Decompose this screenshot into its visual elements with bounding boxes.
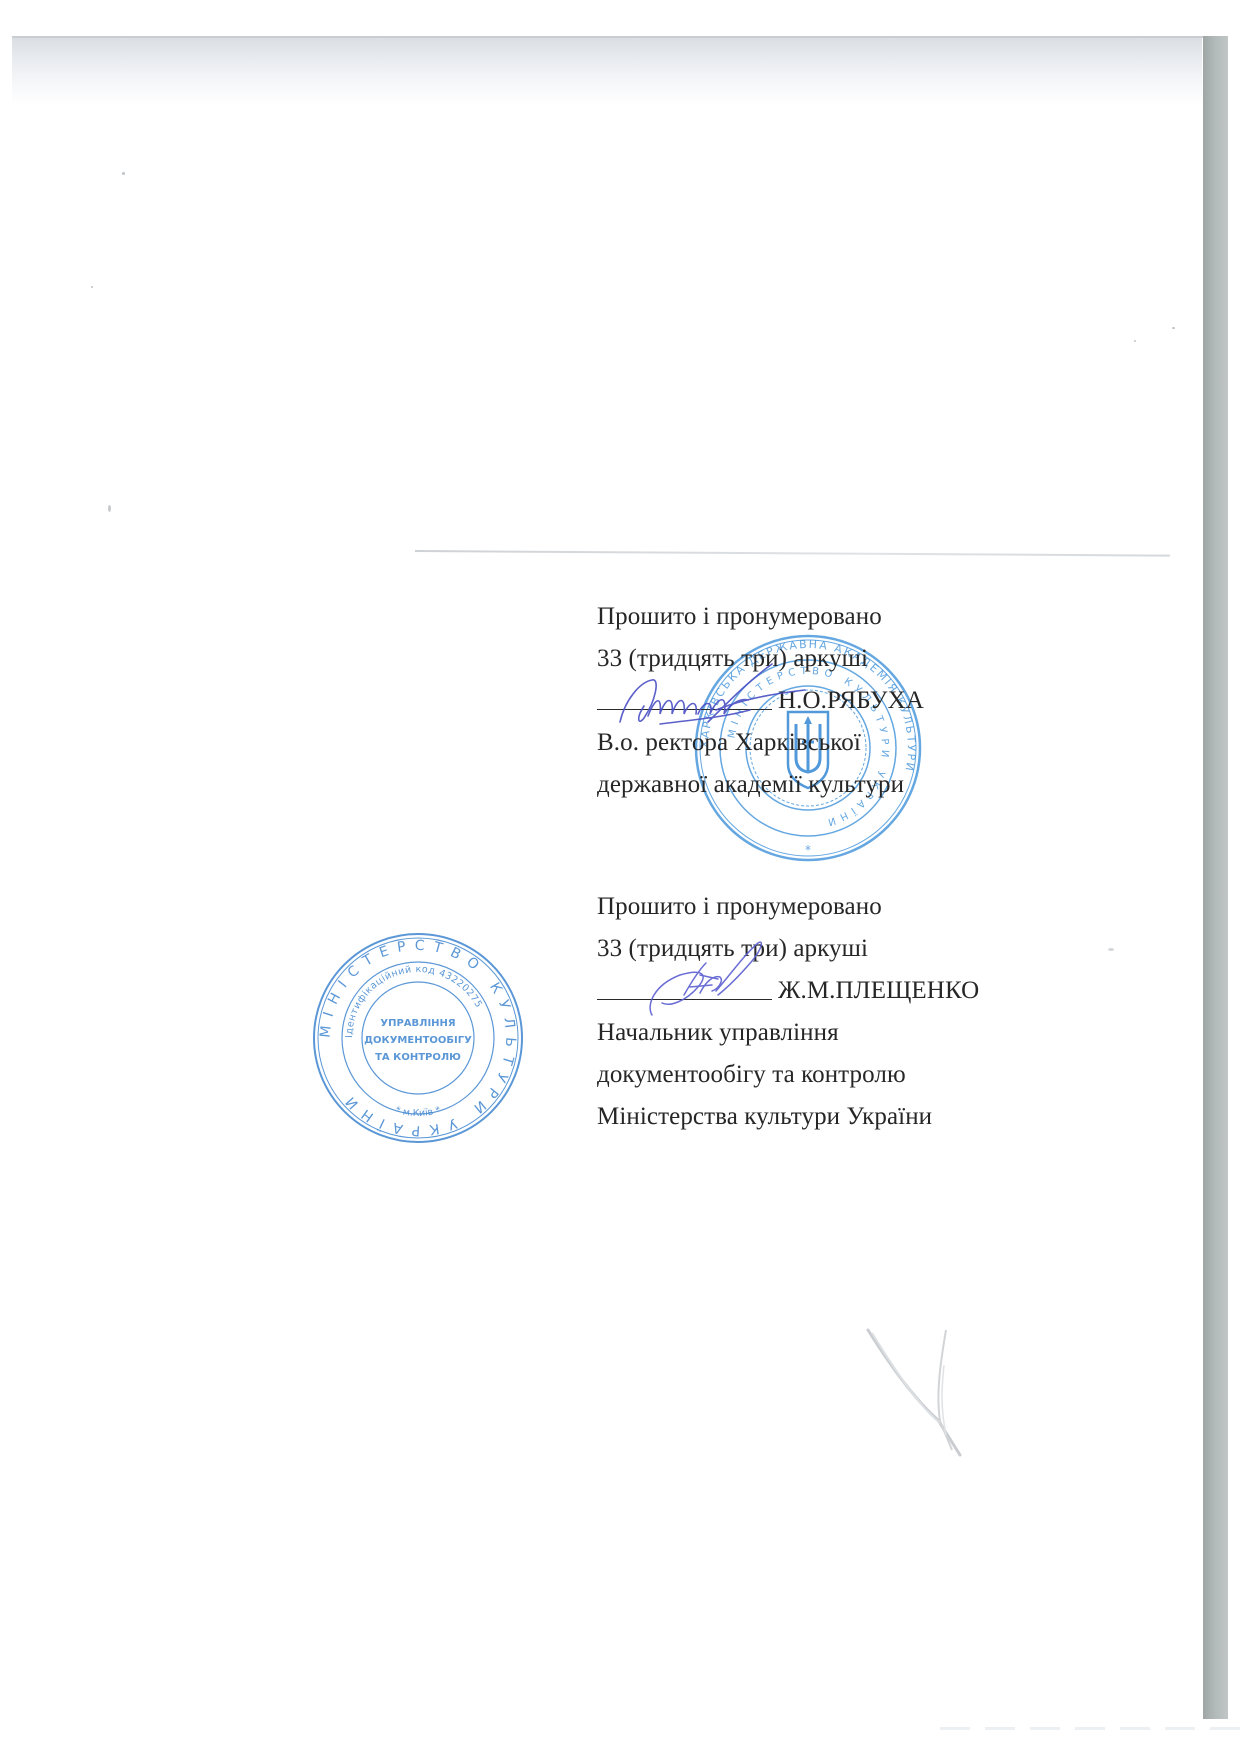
scan-top-shadow bbox=[12, 36, 1202, 106]
dust-speck bbox=[91, 286, 93, 288]
ministry-stamp-line-3: ТА КОНТРОЛЮ bbox=[375, 1052, 461, 1063]
signatory-position-2: державної академії культури bbox=[597, 764, 1057, 806]
dust-speck bbox=[1172, 327, 1175, 329]
dust-speck bbox=[122, 172, 125, 175]
stitched-numbered-label: Прошито і пронумеровано bbox=[597, 596, 1057, 638]
ministry-stamp-line-2: ДОКУМЕНТООБІГУ bbox=[364, 1035, 472, 1046]
ministry-stamp-city: * м.Київ * bbox=[394, 1105, 442, 1119]
dust-speck bbox=[1108, 948, 1114, 951]
ministry-round-stamp: МІНІСТЕРСТВО КУЛЬТУРИ УКРАЇНИ Ідентифіка… bbox=[310, 930, 526, 1146]
handwritten-signature-ryabukha bbox=[600, 660, 810, 740]
academy-stamp-star: * bbox=[805, 843, 811, 857]
stitched-numbered-label: Прошито і пронумеровано bbox=[597, 886, 1057, 928]
dust-speck bbox=[108, 505, 111, 512]
dust-speck bbox=[1134, 340, 1136, 342]
signatory-name: Ж.М.ПЛЕЩЕНКО bbox=[778, 970, 979, 1012]
scan-right-edge-strip bbox=[1203, 36, 1228, 1719]
sticker-edge-line bbox=[415, 550, 1170, 557]
scan-bottom-edge bbox=[940, 1727, 1240, 1730]
signatory-position-2: документообігу та контролю bbox=[597, 1054, 1057, 1096]
ministry-stamp-line-1: УПРАВЛІННЯ bbox=[380, 1018, 455, 1029]
svg-text:* м.Київ *: * м.Київ * bbox=[394, 1105, 442, 1119]
binding-thread bbox=[860, 1325, 970, 1465]
scan-top-edge bbox=[12, 36, 1227, 38]
signatory-position-3: Міністерства культури України bbox=[597, 1096, 1057, 1138]
handwritten-signature-pleshchenko bbox=[640, 935, 780, 1025]
